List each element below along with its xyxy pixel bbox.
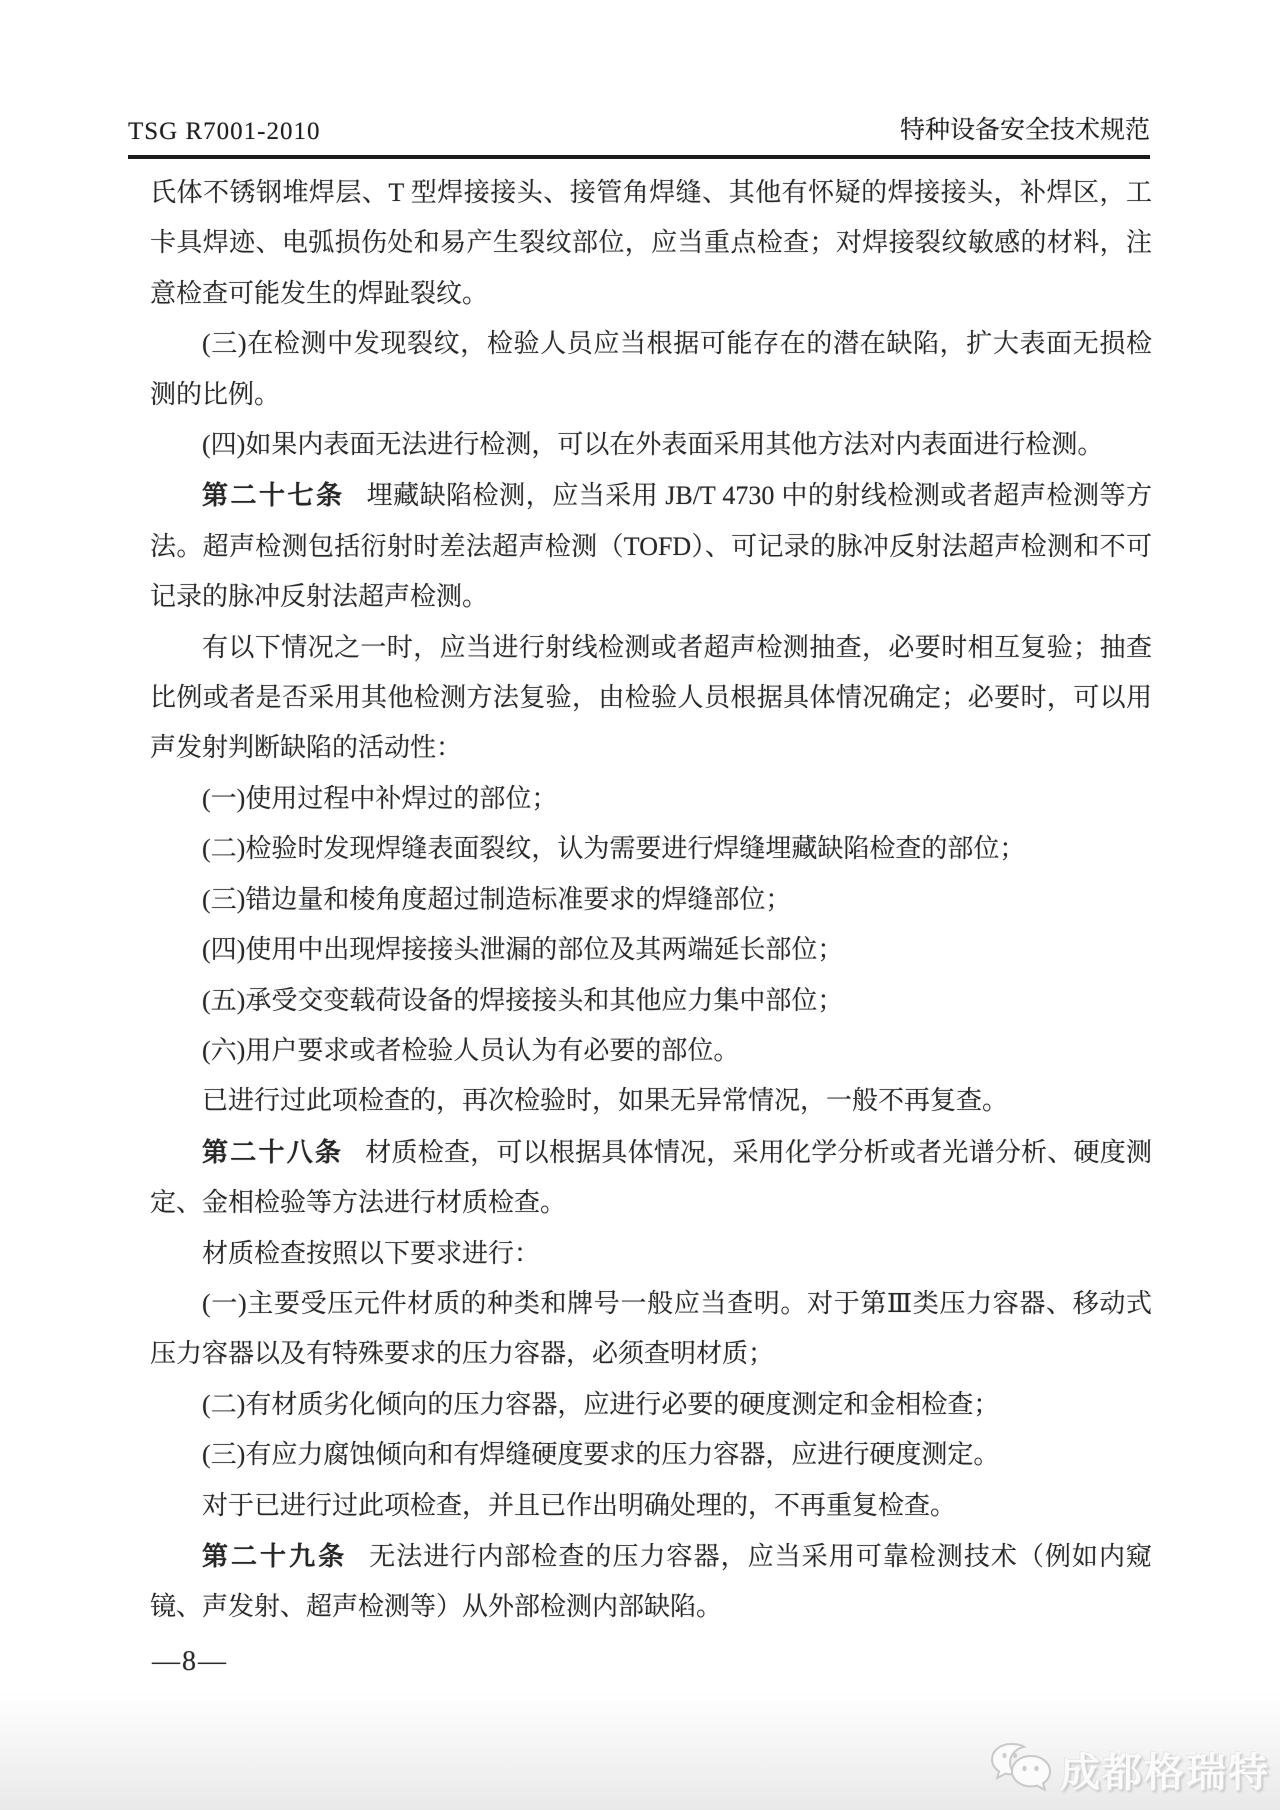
paragraph-text: (五)承受交变载荷设备的焊接接头和其他应力集中部位； [202, 986, 843, 1015]
list-item-5: (五)承受交变载荷设备的焊接接头和其他应力集中部位； [150, 976, 1152, 1026]
paragraph-item-3: (三)在检测中发现裂纹，检验人员应当根据可能存在的潜在缺陷，扩大表面无损检测的比… [150, 319, 1152, 420]
article-28-heading: 第二十八条 [202, 1137, 343, 1167]
header-doc-title: 特种设备安全技术规范 [900, 110, 1150, 146]
paragraph: 材质检查按照以下要求进行： [150, 1229, 1152, 1279]
paragraph-text: (二)有材质劣化倾向的压力容器，应进行必要的硬度测定和金相检查； [202, 1390, 999, 1419]
article-27-paragraph: 第二十七条埋藏缺陷检测，应当采用 JB/T 4730 中的射线检测或者超声检测等… [150, 470, 1152, 622]
wechat-bubbles-icon [990, 1742, 1052, 1798]
paragraph-text: (三)有应力腐蚀倾向和有焊缝硬度要求的压力容器，应进行硬度测定。 [202, 1440, 999, 1469]
paragraph-text: (四)使用中出现焊接接头泄漏的部位及其两端延长部位； [202, 935, 843, 964]
paragraph-text: (二)检验时发现焊缝表面裂纹，认为需要进行焊缝埋藏缺陷检查的部位； [202, 834, 1025, 863]
paragraph-text: 材质检查按照以下要求进行： [202, 1239, 540, 1268]
paragraph-text: 已进行过此项检查的，再次检验时，如果无异常情况，一般不再复查。 [202, 1086, 1008, 1115]
paragraph: 对于已进行过此项检查，并且已作出明确处理的，不再重复检查。 [150, 1481, 1152, 1531]
header-doc-code: TSG R7001-2010 [128, 118, 320, 146]
material-item-3: (三)有应力腐蚀倾向和有焊缝硬度要求的压力容器，应进行硬度测定。 [150, 1430, 1152, 1480]
watermark: 成都格瑞特 [990, 1741, 1270, 1798]
paragraph-text: 对于已进行过此项检查，并且已作出明确处理的，不再重复检查。 [202, 1491, 956, 1520]
paragraph-text: 氏体不锈钢堆焊层、T 型焊接接头、接管角焊缝、其他有怀疑的焊接接头，补焊区，工卡… [150, 178, 1152, 308]
paragraph: 有以下情况之一时，应当进行射线检测或者超声检测抽查，必要时相互复验；抽查比例或者… [150, 623, 1152, 774]
paragraph-text: (三)在检测中发现裂纹，检验人员应当根据可能存在的潜在缺陷，扩大表面无损检测的比… [150, 329, 1152, 408]
list-item-6: (六)用户要求或者检验人员认为有必要的部位。 [150, 1026, 1152, 1076]
paragraph-continued: 氏体不锈钢堆焊层、T 型焊接接头、接管角焊缝、其他有怀疑的焊接接头，补焊区，工卡… [150, 168, 1152, 319]
page-number: —8— [152, 1646, 228, 1678]
list-item-1: (一)使用过程中补焊过的部位； [150, 774, 1152, 824]
watermark-text: 成都格瑞特 [1060, 1741, 1270, 1798]
document-body: 氏体不锈钢堆焊层、T 型焊接接头、接管角焊缝、其他有怀疑的焊接接头，补焊区，工卡… [150, 168, 1152, 1633]
paragraph-text: (四)如果内表面无法进行检测，可以在外表面采用其他方法对内表面进行检测。 [202, 430, 1103, 459]
page-header: TSG R7001-2010 特种设备安全技术规范 [128, 110, 1150, 159]
list-item-3: (三)错边量和棱角度超过制造标准要求的焊缝部位； [150, 875, 1152, 925]
material-item-2: (二)有材质劣化倾向的压力容器，应进行必要的硬度测定和金相检查； [150, 1380, 1152, 1430]
material-item-1: (一)主要受压元件材质的种类和牌号一般应当查明。对于第Ⅲ类压力容器、移动式压力容… [150, 1279, 1152, 1380]
article-29-heading: 第二十九条 [202, 1541, 347, 1571]
list-item-2: (二)检验时发现焊缝表面裂纹，认为需要进行焊缝埋藏缺陷检查的部位； [150, 824, 1152, 874]
paragraph-item-4: (四)如果内表面无法进行检测，可以在外表面采用其他方法对内表面进行检测。 [150, 420, 1152, 470]
paragraph-text: (三)错边量和棱角度超过制造标准要求的焊缝部位； [202, 885, 791, 914]
article-28-paragraph: 第二十八条材质检查，可以根据具体情况，采用化学分析或者光谱分析、硬度测定、金相检… [150, 1127, 1152, 1229]
paragraph-text: (六)用户要求或者检验人员认为有必要的部位。 [202, 1036, 739, 1065]
paragraph: 已进行过此项检查的，再次检验时，如果无异常情况，一般不再复查。 [150, 1076, 1152, 1126]
document-page: TSG R7001-2010 特种设备安全技术规范 氏体不锈钢堆焊层、T 型焊接… [0, 0, 1280, 1810]
paragraph-text: (一)主要受压元件材质的种类和牌号一般应当查明。对于第Ⅲ类压力容器、移动式压力容… [150, 1289, 1152, 1368]
paragraph-text: 有以下情况之一时，应当进行射线检测或者超声检测抽查，必要时相互复验；抽查比例或者… [150, 633, 1152, 763]
article-29-paragraph: 第二十九条无法进行内部检查的压力容器，应当采用可靠检测技术（例如内窥镜、声发射、… [150, 1531, 1152, 1633]
article-27-heading: 第二十七条 [202, 480, 345, 510]
list-item-4: (四)使用中出现焊接接头泄漏的部位及其两端延长部位； [150, 925, 1152, 975]
paragraph-text: (一)使用过程中补焊过的部位； [202, 784, 557, 813]
